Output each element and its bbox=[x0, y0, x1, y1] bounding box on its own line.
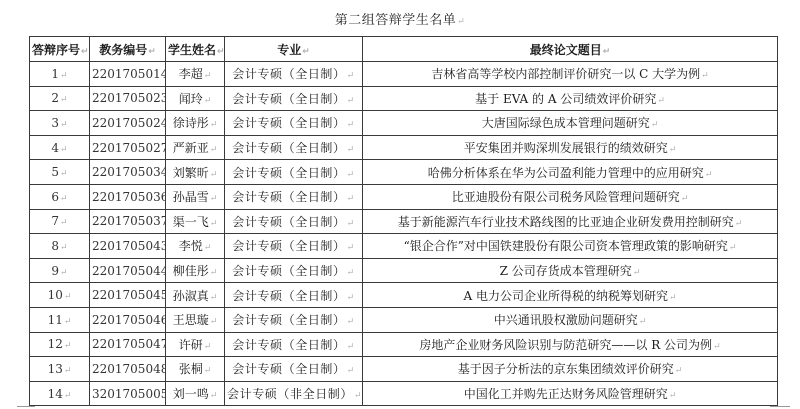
cell-thesis-title: 比亚迪股份有限公司税务风险管理问题研究↵ bbox=[363, 184, 778, 209]
cell-academic-id-text: 2201705014 bbox=[92, 67, 166, 81]
cell-student-name: 渠一飞↵ bbox=[166, 209, 225, 234]
table-row: 12↵2201705047↵许研↵会计专硕（全日制）↵房地产企业财务风险识别与防… bbox=[30, 332, 778, 357]
cell-academic-id: 2201705048↵ bbox=[90, 357, 166, 382]
header-label: 学生姓名 bbox=[168, 43, 216, 57]
cell-major: 会计专硕（非全日制）↵ bbox=[225, 381, 363, 406]
paragraph-mark-icon: ↵ bbox=[657, 96, 665, 106]
cell-thesis-title-text: 房地产企业财务风险识别与防范研究——以 R 公司为例 bbox=[419, 338, 712, 352]
paragraph-mark-icon: ↵ bbox=[354, 391, 362, 401]
paragraph-mark-icon: ↵ bbox=[217, 47, 224, 57]
cell-student-name-text: 刘一鸣 bbox=[173, 387, 209, 401]
paragraph-mark-icon: ↵ bbox=[347, 366, 355, 376]
paragraph-mark-icon: ↵ bbox=[148, 47, 156, 57]
cell-student-name: 李超↵ bbox=[166, 62, 225, 87]
paragraph-mark-icon: ↵ bbox=[701, 71, 709, 81]
cell-academic-id: 2201705046↵ bbox=[90, 307, 166, 332]
cell-major: 会计专硕（全日制）↵ bbox=[225, 86, 363, 111]
table-row: 2↵2201705023↵闻玲↵会计专硕（全日制）↵基于 EVA 的 A 公司绩… bbox=[30, 86, 778, 111]
paragraph-mark-icon: ↵ bbox=[347, 317, 355, 327]
cell-major: 会计专硕（全日制）↵ bbox=[225, 111, 363, 136]
paragraph-mark-icon: ↵ bbox=[64, 317, 72, 327]
cell-academic-id: 2201705036↵ bbox=[90, 184, 166, 209]
paragraph-mark-icon: ↵ bbox=[210, 219, 218, 229]
cell-major-text: 会计专硕（全日制） bbox=[232, 92, 345, 106]
cell-thesis-title: 基于 EVA 的 A 公司绩效评价研究↵ bbox=[363, 86, 778, 111]
table-row: 3↵2201705024↵徐诗彤↵会计专硕（全日制）↵大唐国际绿色成本管理问题研… bbox=[30, 111, 778, 136]
cell-student-name-text: 严新亚 bbox=[173, 141, 209, 155]
table-row: 10↵2201705045↵孙淑真↵会计专硕（全日制）↵A 电力公司企业所得税的… bbox=[30, 283, 778, 308]
cell-defense-seq-text: 5 bbox=[51, 165, 59, 179]
table-row: 14↵3201705005↵刘一鸣↵会计专硕（非全日制）↵中国化工并购先正达财务… bbox=[30, 381, 778, 406]
table-row: 8↵2201705043↵李悦↵会计专硕（全日制）↵“银企合作”对中国铁建股份有… bbox=[30, 234, 778, 259]
cell-student-name-text: 许研 bbox=[179, 338, 203, 352]
cell-major-text: 会计专硕（全日制） bbox=[232, 116, 345, 130]
cell-thesis-title-text: 平安集团并购深圳发展银行的绩效研究 bbox=[464, 141, 668, 155]
paragraph-mark-icon: ↵ bbox=[210, 194, 218, 204]
cell-academic-id: 2201705014↵ bbox=[90, 62, 166, 87]
paragraph-mark-icon: ↵ bbox=[651, 120, 659, 130]
paragraph-mark-icon: ↵ bbox=[675, 366, 683, 376]
paragraph-mark-icon: ↵ bbox=[204, 342, 212, 352]
cell-thesis-title: 房地产企业财务风险识别与防范研究——以 R 公司为例↵ bbox=[363, 332, 778, 357]
cell-student-name-text: 刘繁昕 bbox=[173, 166, 209, 180]
cell-thesis-title-text: 基于 EVA 的 A 公司绩效评价研究 bbox=[475, 92, 656, 106]
paragraph-mark-icon: ↵ bbox=[669, 391, 677, 401]
paragraph-mark-icon: ↵ bbox=[705, 170, 713, 180]
cell-thesis-title: 基于新能源汽车行业技术路线图的比亚迪企业研发费用控制研究↵ bbox=[363, 209, 778, 234]
cell-defense-seq-text: 8 bbox=[51, 239, 59, 253]
cell-student-name-text: 孙晶雪 bbox=[173, 190, 209, 204]
cell-academic-id: 2201705047↵ bbox=[90, 332, 166, 357]
paragraph-mark-icon: ↵ bbox=[603, 47, 611, 57]
cell-academic-id-text: 2201705027 bbox=[92, 141, 166, 155]
paragraph-mark-icon: ↵ bbox=[639, 317, 647, 327]
cell-defense-seq-text: 9 bbox=[51, 264, 59, 278]
cell-defense-seq-text: 12 bbox=[48, 337, 63, 351]
cell-defense-seq-text: 14 bbox=[48, 387, 63, 401]
cell-student-name-text: 李悦 bbox=[179, 239, 203, 253]
cell-defense-seq: 9↵ bbox=[30, 258, 90, 283]
cell-major-text: 会计专硕（全日制） bbox=[232, 190, 345, 204]
paragraph-mark-icon: ↵ bbox=[204, 96, 212, 106]
cell-academic-id-text: 2201705037 bbox=[92, 214, 166, 228]
cell-student-name: 刘一鸣↵ bbox=[166, 381, 225, 406]
paragraph-mark-icon: ↵ bbox=[60, 71, 68, 81]
cell-defense-seq-text: 13 bbox=[48, 362, 63, 376]
paragraph-mark-icon: ↵ bbox=[210, 293, 218, 303]
cell-thesis-title-text: 中国化工并购先正达财务风险管理研究 bbox=[464, 387, 668, 401]
paragraph-mark-icon: ↵ bbox=[713, 342, 721, 352]
cell-academic-id-text: 3201705005 bbox=[92, 387, 166, 401]
cell-defense-seq: 4↵ bbox=[30, 135, 90, 160]
paragraph-mark-icon: ↵ bbox=[347, 293, 355, 303]
cell-major-text: 会计专硕（全日制） bbox=[232, 141, 345, 155]
header-label: 专业 bbox=[277, 43, 301, 57]
cell-major: 会计专硕（全日制）↵ bbox=[225, 307, 363, 332]
paragraph-mark-icon: ↵ bbox=[347, 243, 355, 253]
cell-thesis-title-text: 基于新能源汽车行业技术路线图的比亚迪企业研发费用控制研究 bbox=[398, 215, 734, 229]
cell-academic-id: 2201705034↵ bbox=[90, 160, 166, 185]
paragraph-mark-icon: ↵ bbox=[735, 219, 743, 229]
cell-academic-id-text: 2201705046 bbox=[92, 313, 166, 327]
cell-thesis-title-text: 比亚迪股份有限公司税务风险管理问题研究 bbox=[452, 190, 680, 204]
paragraph-mark-icon: ↵ bbox=[210, 268, 218, 278]
cell-thesis-title-text: 哈佛分析体系在华为公司盈利能力管理中的应用研究 bbox=[428, 166, 704, 180]
cell-student-name: 张桐↵ bbox=[166, 357, 225, 382]
cell-academic-id: 3201705005↵ bbox=[90, 381, 166, 406]
cell-thesis-title: Z 公司存货成本管理研究↵ bbox=[363, 258, 778, 283]
cell-student-name-text: 张桐 bbox=[179, 362, 203, 376]
cell-student-name: 孙晶雪↵ bbox=[166, 184, 225, 209]
paragraph-mark-icon: ↵ bbox=[347, 219, 355, 229]
header-academic-id: 教务编号↵ bbox=[90, 37, 166, 62]
cell-thesis-title-text: Z 公司存货成本管理研究 bbox=[500, 264, 632, 278]
cell-thesis-title: 吉林省高等学校内部控制评价研究一以 C 大学为例↵ bbox=[363, 62, 778, 87]
cell-student-name: 柳佳彤↵ bbox=[166, 258, 225, 283]
cell-academic-id-text: 2201705043 bbox=[92, 239, 166, 253]
cell-defense-seq: 3↵ bbox=[30, 111, 90, 136]
cell-major: 会计专硕（全日制）↵ bbox=[225, 283, 363, 308]
cell-student-name-text: 王思璇 bbox=[173, 313, 209, 327]
cell-academic-id: 2201705045↵ bbox=[90, 283, 166, 308]
cell-major: 会计专硕（全日制）↵ bbox=[225, 209, 363, 234]
paragraph-mark-icon: ↵ bbox=[347, 96, 355, 106]
table-row: 1↵2201705014↵李超↵会计专硕（全日制）↵吉林省高等学校内部控制评价研… bbox=[30, 62, 778, 87]
cell-student-name: 闻玲↵ bbox=[166, 86, 225, 111]
paragraph-mark-icon: ↵ bbox=[60, 120, 68, 130]
document-title: 第二组答辩学生名单↵ bbox=[0, 9, 800, 28]
cell-defense-seq: 7↵ bbox=[30, 209, 90, 234]
cell-thesis-title: 中兴通讯股权激励问题研究↵ bbox=[363, 307, 778, 332]
cell-major: 会计专硕（全日制）↵ bbox=[225, 234, 363, 259]
cell-student-name: 许研↵ bbox=[166, 332, 225, 357]
cell-defense-seq: 8↵ bbox=[30, 234, 90, 259]
cell-defense-seq: 13↵ bbox=[30, 357, 90, 382]
paragraph-mark-icon: ↵ bbox=[729, 243, 737, 253]
paragraph-mark-icon: ↵ bbox=[210, 120, 218, 130]
cell-thesis-title: 中国化工并购先正达财务风险管理研究↵ bbox=[363, 381, 778, 406]
paragraph-mark-icon: ↵ bbox=[60, 194, 68, 204]
paragraph-mark-icon: ↵ bbox=[669, 293, 677, 303]
cell-defense-seq-text: 4 bbox=[51, 141, 59, 155]
cell-major-text: 会计专硕（全日制） bbox=[232, 239, 345, 253]
paragraph-mark-icon: ↵ bbox=[347, 194, 355, 204]
cell-major-text: 会计专硕（全日制） bbox=[232, 166, 345, 180]
cell-thesis-title: 大唐国际绿色成本管理问题研究↵ bbox=[363, 111, 778, 136]
cell-major: 会计专硕（全日制）↵ bbox=[225, 258, 363, 283]
document-title-text: 第二组答辩学生名单 bbox=[335, 13, 457, 28]
cell-academic-id-text: 2201705045 bbox=[92, 288, 166, 302]
cell-major-text: 会计专硕（全日制） bbox=[232, 67, 345, 81]
paragraph-mark-icon: ↵ bbox=[64, 292, 72, 302]
cell-defense-seq-text: 2 bbox=[51, 91, 59, 105]
cell-defense-seq-text: 3 bbox=[51, 116, 59, 130]
cell-major-text: 会计专硕（全日制） bbox=[232, 362, 345, 376]
paragraph-mark-icon: ↵ bbox=[64, 341, 72, 351]
paragraph-mark-icon: ↵ bbox=[64, 391, 72, 401]
table-row: 9↵2201705044↵柳佳彤↵会计专硕（全日制）↵Z 公司存货成本管理研究↵ bbox=[30, 258, 778, 283]
cell-defense-seq-text: 1 bbox=[51, 67, 59, 81]
cell-major-text: 会计专硕（全日制） bbox=[232, 215, 345, 229]
paragraph-mark-icon: ↵ bbox=[60, 169, 68, 179]
header-student-name: 学生姓名↵ bbox=[166, 37, 225, 62]
cell-defense-seq: 10↵ bbox=[30, 283, 90, 308]
header-major: 专业↵ bbox=[225, 37, 363, 62]
header-label: 教务编号 bbox=[99, 43, 147, 57]
cell-academic-id: 2201705024↵ bbox=[90, 111, 166, 136]
header-label: 答辩序号 bbox=[32, 43, 80, 57]
paragraph-mark-icon: ↵ bbox=[457, 17, 465, 27]
cell-academic-id: 2201705023↵ bbox=[90, 86, 166, 111]
cell-academic-id: 2201705027↵ bbox=[90, 135, 166, 160]
cell-thesis-title-text: 基于因子分析法的京东集团绩效评价研究 bbox=[458, 362, 674, 376]
cell-student-name-text: 闻玲 bbox=[179, 92, 203, 106]
cell-thesis-title-text: 中兴通讯股权激励问题研究 bbox=[494, 313, 638, 327]
cell-thesis-title-text: 大唐国际绿色成本管理问题研究 bbox=[482, 116, 650, 130]
cell-thesis-title: 哈佛分析体系在华为公司盈利能力管理中的应用研究↵ bbox=[363, 160, 778, 185]
paragraph-mark-icon: ↵ bbox=[60, 95, 68, 105]
cell-student-name-text: 孙淑真 bbox=[173, 289, 209, 303]
cell-major-text: 会计专硕（非全日制） bbox=[227, 387, 353, 401]
table-body: 1↵2201705014↵李超↵会计专硕（全日制）↵吉林省高等学校内部控制评价研… bbox=[30, 62, 778, 406]
cell-student-name: 徐诗彤↵ bbox=[166, 111, 225, 136]
cell-defense-seq-text: 11 bbox=[48, 313, 63, 327]
table-row: 6↵2201705036↵孙晶雪↵会计专硕（全日制）↵比亚迪股份有限公司税务风险… bbox=[30, 184, 778, 209]
cell-defense-seq: 1↵ bbox=[30, 62, 90, 87]
cell-student-name-text: 渠一飞 bbox=[173, 215, 209, 229]
table-row: 13↵2201705048↵张桐↵会计专硕（全日制）↵基于因子分析法的京东集团绩… bbox=[30, 357, 778, 382]
cell-major-text: 会计专硕（全日制） bbox=[232, 289, 345, 303]
cell-academic-id: 2201705043↵ bbox=[90, 234, 166, 259]
cell-student-name: 刘繁昕↵ bbox=[166, 160, 225, 185]
paragraph-mark-icon: ↵ bbox=[633, 268, 641, 278]
cell-major: 会计专硕（全日制）↵ bbox=[225, 332, 363, 357]
cell-defense-seq-text: 7 bbox=[51, 214, 59, 228]
paragraph-mark-icon: ↵ bbox=[204, 71, 212, 81]
table-row: 5↵2201705034↵刘繁昕↵会计专硕（全日制）↵哈佛分析体系在华为公司盈利… bbox=[30, 160, 778, 185]
paragraph-mark-icon: ↵ bbox=[681, 194, 689, 204]
paragraph-mark-icon: ↵ bbox=[210, 170, 218, 180]
header-label: 最终论文题目 bbox=[530, 43, 602, 57]
paragraph-mark-icon: ↵ bbox=[347, 71, 355, 81]
paragraph-mark-icon: ↵ bbox=[347, 170, 355, 180]
paragraph-mark-icon: ↵ bbox=[210, 145, 218, 155]
cell-defense-seq: 14↵ bbox=[30, 381, 90, 406]
paragraph-mark-icon: ↵ bbox=[347, 120, 355, 130]
paragraph-mark-icon: ↵ bbox=[60, 243, 68, 253]
paragraph-mark-icon: ↵ bbox=[204, 366, 212, 376]
cell-thesis-title-text: “银企合作”对中国铁建股份有限公司资本管理政策的影响研究 bbox=[404, 239, 728, 253]
cell-thesis-title-text: A 电力公司企业所得税的纳税筹划研究 bbox=[463, 289, 667, 303]
defense-student-table: 答辩序号↵教务编号↵学生姓名↵专业↵最终论文题目↵ 1↵2201705014↵李… bbox=[29, 36, 778, 406]
paragraph-mark-icon: ↵ bbox=[347, 268, 355, 278]
paragraph-mark-icon: ↵ bbox=[210, 317, 218, 327]
cell-student-name: 孙淑真↵ bbox=[166, 283, 225, 308]
paragraph-mark-icon: ↵ bbox=[60, 218, 68, 228]
cell-academic-id-text: 2201705024 bbox=[92, 116, 166, 130]
cell-major: 会计专硕（全日制）↵ bbox=[225, 184, 363, 209]
cell-thesis-title: 基于因子分析法的京东集团绩效评价研究↵ bbox=[363, 357, 778, 382]
cell-academic-id: 2201705044↵ bbox=[90, 258, 166, 283]
header-defense-seq: 答辩序号↵ bbox=[30, 37, 90, 62]
cell-academic-id: 2201705037↵ bbox=[90, 209, 166, 234]
cell-student-name: 严新亚↵ bbox=[166, 135, 225, 160]
cell-thesis-title-text: 吉林省高等学校内部控制评价研究一以 C 大学为例 bbox=[431, 67, 700, 81]
cell-student-name-text: 李超 bbox=[179, 67, 203, 81]
cell-defense-seq-text: 6 bbox=[51, 190, 59, 204]
cell-thesis-title: 平安集团并购深圳发展银行的绩效研究↵ bbox=[363, 135, 778, 160]
paragraph-mark-icon: ↵ bbox=[81, 47, 89, 57]
page-corner-mark bbox=[770, 406, 790, 407]
cell-major: 会计专硕（全日制）↵ bbox=[225, 62, 363, 87]
cell-student-name: 李悦↵ bbox=[166, 234, 225, 259]
paragraph-mark-icon: ↵ bbox=[60, 268, 68, 278]
table-header-row: 答辩序号↵教务编号↵学生姓名↵专业↵最终论文题目↵ bbox=[30, 37, 778, 62]
cell-thesis-title: A 电力公司企业所得税的纳税筹划研究↵ bbox=[363, 283, 778, 308]
page-corner-mark bbox=[17, 406, 35, 407]
cell-student-name-text: 徐诗彤 bbox=[173, 116, 209, 130]
cell-academic-id-text: 2201705048 bbox=[92, 362, 166, 376]
paragraph-mark-icon: ↵ bbox=[669, 145, 677, 155]
cell-defense-seq: 2↵ bbox=[30, 86, 90, 111]
cell-academic-id-text: 2201705023 bbox=[92, 91, 166, 105]
paragraph-mark-icon: ↵ bbox=[64, 366, 72, 376]
cell-student-name: 王思璇↵ bbox=[166, 307, 225, 332]
paragraph-mark-icon: ↵ bbox=[210, 391, 218, 401]
paragraph-mark-icon: ↵ bbox=[347, 145, 355, 155]
cell-thesis-title: “银企合作”对中国铁建股份有限公司资本管理政策的影响研究↵ bbox=[363, 234, 778, 259]
paragraph-mark-icon: ↵ bbox=[60, 145, 68, 155]
table-row: 4↵2201705027↵严新亚↵会计专硕（全日制）↵平安集团并购深圳发展银行的… bbox=[30, 135, 778, 160]
paragraph-mark-icon: ↵ bbox=[347, 342, 355, 352]
cell-academic-id-text: 2201705047 bbox=[92, 337, 166, 351]
cell-major-text: 会计专硕（全日制） bbox=[232, 264, 345, 278]
paragraph-mark-icon: ↵ bbox=[204, 243, 212, 253]
table-row: 11↵2201705046↵王思璇↵会计专硕（全日制）↵中兴通讯股权激励问题研究… bbox=[30, 307, 778, 332]
cell-defense-seq: 11↵ bbox=[30, 307, 90, 332]
header-thesis-title: 最终论文题目↵ bbox=[363, 37, 778, 62]
cell-defense-seq-text: 10 bbox=[48, 288, 63, 302]
cell-student-name-text: 柳佳彤 bbox=[173, 264, 209, 278]
cell-major-text: 会计专硕（全日制） bbox=[232, 313, 345, 327]
cell-defense-seq: 6↵ bbox=[30, 184, 90, 209]
cell-academic-id-text: 2201705034 bbox=[92, 165, 166, 179]
cell-major: 会计专硕（全日制）↵ bbox=[225, 160, 363, 185]
table-row: 7↵2201705037↵渠一飞↵会计专硕（全日制）↵基于新能源汽车行业技术路线… bbox=[30, 209, 778, 234]
cell-major: 会计专硕（全日制）↵ bbox=[225, 135, 363, 160]
cell-defense-seq: 5↵ bbox=[30, 160, 90, 185]
paragraph-mark-icon: ↵ bbox=[302, 47, 310, 57]
cell-academic-id-text: 2201705036 bbox=[92, 190, 166, 204]
cell-defense-seq: 12↵ bbox=[30, 332, 90, 357]
cell-major-text: 会计专硕（全日制） bbox=[232, 338, 345, 352]
cell-major: 会计专硕（全日制）↵ bbox=[225, 357, 363, 382]
cell-academic-id-text: 2201705044 bbox=[92, 264, 166, 278]
